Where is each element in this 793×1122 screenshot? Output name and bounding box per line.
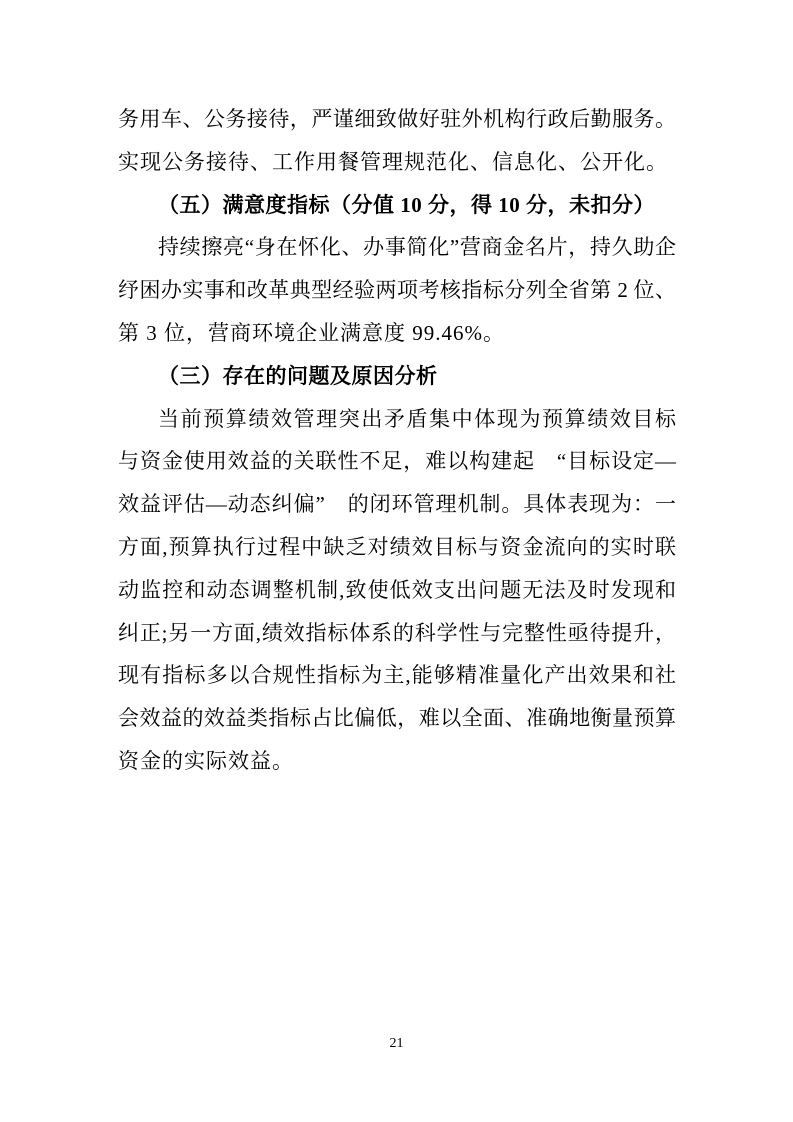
text-line: 持续擦亮“身在怀化、办事简化”营商金名片，持久助企	[118, 226, 676, 269]
text-line: 纠正;另一方面,绩效指标体系的科学性与完整性亟待提升，	[118, 612, 676, 655]
section-heading: （三）存在的问题及原因分析	[118, 355, 676, 398]
text-line: 方面,预算执行过程中缺乏对绩效目标与资金流向的实时联	[118, 526, 676, 569]
text-line: 会效益的效益类指标占比偏低，难以全面、准确地衡量预算	[118, 697, 676, 740]
text-line: 实现公务接待、工作用餐管理规范化、信息化、公开化。	[118, 141, 676, 184]
section-heading: （五）满意度指标（分值 10 分，得 10 分，未扣分）	[118, 184, 676, 227]
text-line: 动监控和动态调整机制,致使低效支出问题无法及时发现和	[118, 569, 676, 612]
text-line: 资金的实际效益。	[118, 740, 676, 783]
document-page: 务用车、公务接待，严谨细致做好驻外机构行政后勤服务。 实现公务接待、工作用餐管理…	[0, 0, 793, 1122]
page-number: 21	[0, 1034, 793, 1054]
text-line: 效益评估—动态纠偏” 的闭环管理机制。具体表现为：一	[118, 483, 676, 526]
text-line: 当前预算绩效管理突出矛盾集中体现为预算绩效目标	[118, 398, 676, 441]
document-body: 务用车、公务接待，严谨细致做好驻外机构行政后勤服务。 实现公务接待、工作用餐管理…	[118, 98, 676, 783]
text-line: 第 3 位，营商环境企业满意度 99.46%。	[118, 312, 676, 355]
text-line: 现有指标多以合规性指标为主,能够精准量化产出效果和社	[118, 654, 676, 697]
text-line: 纾困办实事和改革典型经验两项考核指标分列全省第 2 位、	[118, 269, 676, 312]
text-line: 务用车、公务接待，严谨细致做好驻外机构行政后勤服务。	[118, 98, 676, 141]
text-line: 与资金使用效益的关联性不足，难以构建起 “目标设定—	[118, 440, 676, 483]
